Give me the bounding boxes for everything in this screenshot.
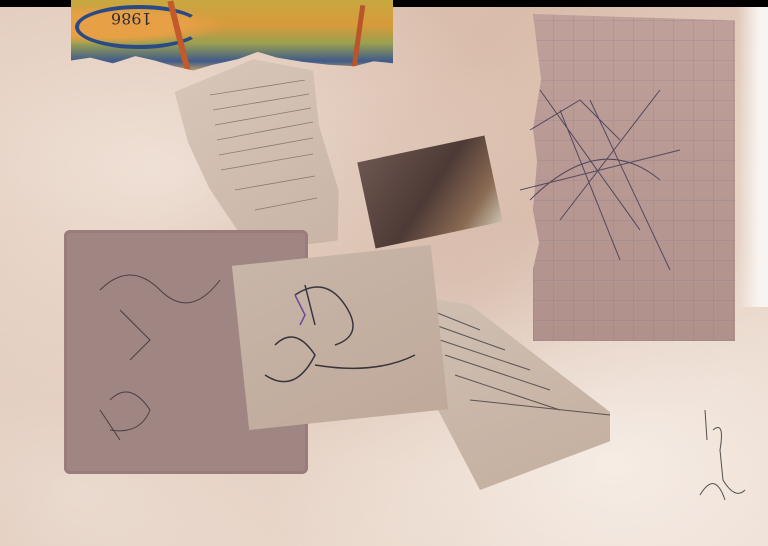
sketch-card <box>232 245 448 430</box>
red-stroke <box>352 5 366 67</box>
date-text: 1986 <box>111 9 152 28</box>
paper-edge <box>738 7 768 307</box>
artist-signature <box>695 400 755 510</box>
grid-paper-drawing <box>533 14 735 341</box>
